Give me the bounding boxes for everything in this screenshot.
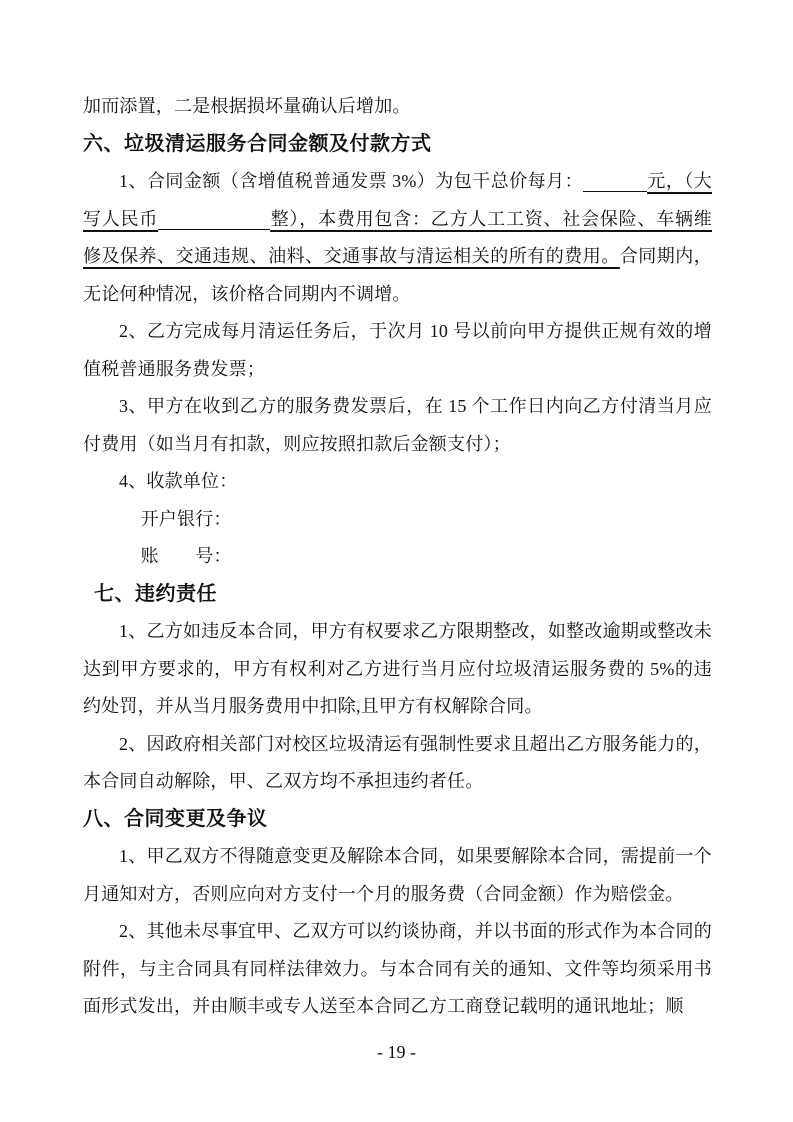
clause-6-3: 3、甲方在收到乙方的服务费发票后，在 15 个工作日内向乙方付清当月应付费用（如… [83,388,712,463]
clause-6-4-account: 账 号： [83,538,712,576]
fill-in-blank-amount-in-words [158,229,270,230]
clause-6-4-bank: 开户银行： [83,501,712,539]
page-number: - 19 - [0,1040,793,1064]
clause-6-1-underlined-2: 整），本费用包含：乙方人工工资、社会保险、车辆维修及保养、交通违规、油料、交通事… [83,209,712,267]
clause-6-4-payee: 4、收款单位： [83,463,712,501]
document-page: 加而添置，二是根据损坏量确认后增加。 六、垃圾清运服务合同金额及付款方式 1、合… [0,0,793,1122]
contract-body: 加而添置，二是根据损坏量确认后增加。 六、垃圾清运服务合同金额及付款方式 1、合… [83,88,712,1026]
section-6-heading: 六、垃圾清运服务合同金额及付款方式 [83,126,712,164]
clause-7-2: 2、因政府相关部门对校区垃圾清运有强制性要求且超出乙方服务能力的，本合同自动解除… [83,726,712,801]
clause-7-1: 1、乙方如违反本合同，甲方有权要求乙方限期整改，如整改逾期或整改未达到甲方要求的… [83,613,712,726]
clause-8-1: 1、甲乙双方不得随意变更及解除本合同，如果要解除本合同，需提前一个月通知对方，否… [83,838,712,913]
section-7-heading: 七、违约责任 [83,576,712,614]
fill-in-blank-monthly-amount [583,191,647,192]
clause-6-1: 1、合同金额（含增值税普通发票 3%）为包干总价每月：元，（大写人民币整），本费… [83,163,712,313]
clause-8-2: 2、其他未尽事宜甲、乙双方可以约谈协商，并以书面的形式作为本合同的附件，与主合同… [83,913,712,1026]
clause-carryover: 加而添置，二是根据损坏量确认后增加。 [83,88,712,126]
section-8-heading: 八、合同变更及争议 [83,801,712,839]
clause-6-1-lead: 1、合同金额（含增值税普通发票 3%）为包干总价每月： [119,171,583,191]
clause-6-2: 2、乙方完成每月清运任务后，于次月 10 号以前向甲方提供正规有效的增值税普通服… [83,313,712,388]
